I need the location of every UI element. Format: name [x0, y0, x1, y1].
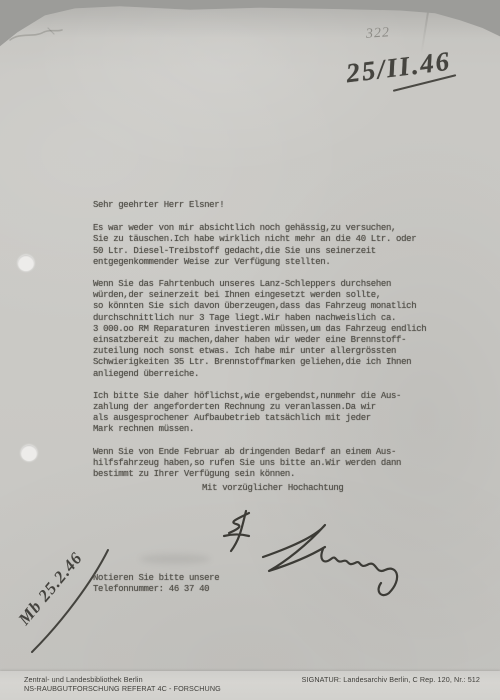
signature-handwriting [205, 505, 405, 600]
pencil-scribble [4, 18, 74, 48]
paragraph-4: Wenn Sie von Ende Februar ab dringenden … [93, 447, 438, 481]
paragraph-2: Wenn Sie das Fahrtenbuch unseres Lanz-Sc… [93, 279, 438, 380]
hole-punch-top [18, 255, 34, 271]
phone-note: Notieren Sie bitte unsere Telefonnummer:… [93, 573, 219, 595]
handwritten-date-annotation: 25/II.46 [345, 46, 453, 90]
diagonal-handwritten-note: Mb 25.2.46 [4, 530, 134, 665]
hole-punch-bottom [21, 445, 37, 461]
library-department: NS-RAUBGUTFORSCHUNG REFERAT 4C - FORSCHU… [24, 684, 221, 693]
paper-sheet: 322 25/II.46 Sehr geehrter Herr Elsner! … [0, 0, 500, 700]
library-footer-band: Zentral- und Landesbibliothek Berlin NS-… [0, 671, 500, 700]
salutation: Sehr geehrter Herr Elsner! [93, 200, 438, 211]
pencil-smudge [140, 554, 210, 564]
paragraph-3: Ich bitte Sie daher höflichst,wie ergebe… [93, 391, 438, 436]
closing-formula: Mit vorzüglicher Hochachtung [202, 483, 343, 494]
letter-body: Sehr geehrter Herr Elsner! Es war weder … [93, 200, 438, 491]
diagonal-note-text: Mb 25.2.46 [14, 548, 86, 629]
folio-number: 322 [365, 25, 390, 43]
library-name: Zentral- und Landesbibliothek Berlin [24, 675, 221, 684]
scanned-letter-page: 322 25/II.46 Sehr geehrter Herr Elsner! … [0, 0, 500, 700]
paragraph-1: Es war weder von mir absichtlich noch ge… [93, 223, 438, 268]
paper-crease [420, 8, 429, 54]
archive-signature: SIGNATUR: Landesarchiv Berlin, C Rep. 12… [302, 675, 480, 684]
library-footer-left: Zentral- und Landesbibliothek Berlin NS-… [24, 675, 221, 693]
